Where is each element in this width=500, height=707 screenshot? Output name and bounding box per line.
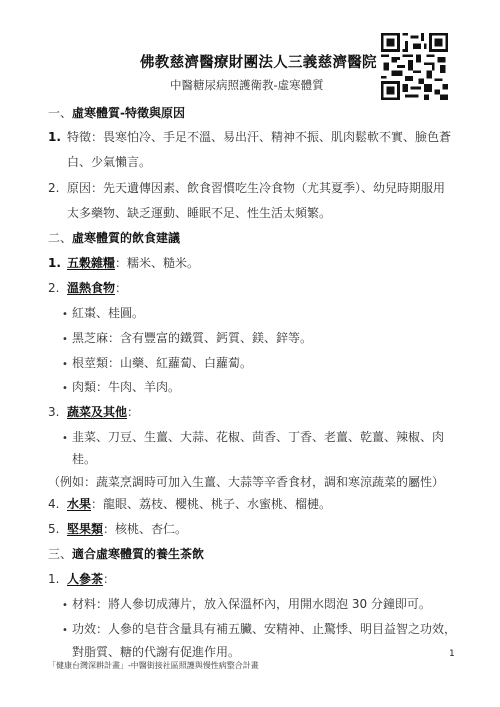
section-heading-2: 二、虛寒體質的飲食建議 xyxy=(48,229,180,246)
bullet-item-continuation: 對脂質、糖的代謝有促進作用。 xyxy=(72,643,240,660)
section-heading-1: 一、虛寒體質-特徵與原因 xyxy=(48,104,185,121)
qr-code-icon xyxy=(381,33,448,100)
bullet-item: •根莖類：山藥、紅蘿蔔、白蘿蔔。 xyxy=(62,354,252,371)
list-item: 3.蔬菜及其他： xyxy=(48,403,139,420)
list-item: 5.堅果類：核桃、杏仁。 xyxy=(48,520,187,537)
footer-text: 「健康台灣深耕計畫」-中醫街接社區照護與慢性病整合計畫 xyxy=(48,660,259,671)
list-item: 1.五穀雜糧：糯米、糙米。 xyxy=(48,254,199,271)
bullet-item: •材料：將人參切成薄片，放入保溫杯內，用開水悶泡 30 分鐘即可。 xyxy=(62,595,431,612)
list-item: 4.水果：龍眼、荔枝、櫻桃、桃子、水蜜桃、榴槤。 xyxy=(48,495,331,512)
list-item: 2.溫熱食物： xyxy=(48,279,127,296)
bullet-item: •韭菜、刀豆、生薑、大蒜、花椒、茴香、丁香、老薑、乾薑、辣椒、肉 xyxy=(62,428,444,445)
hospital-title: 佛教慈濟醫療財團法人三義慈濟醫院 xyxy=(140,51,377,72)
list-item-continuation: 太多藥物、缺乏運動、睡眠不足、性生活太頻繁。 xyxy=(67,204,331,221)
section-heading-3: 三、適合虛寒體質的養生茶飲 xyxy=(48,545,204,562)
list-item: 2.原因：先天遺傳因素、飲食習慣吃生冷食物（尤其夏季）、幼兒時期服用 xyxy=(48,179,445,196)
bullet-item-continuation: 桂。 xyxy=(72,450,96,467)
list-item: 1.特徵：畏寒怕冷、手足不溫、易出汗、精神不振、肌肉鬆軟不實、臉色蒼 xyxy=(48,128,451,145)
note-text: （例如：蔬菜烹調時可加入生薑、大蒜等辛香食材，調和寒涼蔬菜的屬性） xyxy=(48,473,444,490)
bullet-item: •功效：人參的皂苷含量具有補五臟、安精神、止驚悸、明目益智之功效， xyxy=(62,620,456,637)
page-number: 1 xyxy=(449,649,455,659)
list-item: 1.人參茶： xyxy=(48,570,115,587)
bullet-item: •黑芝麻：含有豐富的鐵質、鈣質、鎂、鋅等。 xyxy=(62,329,312,346)
bullet-item: •紅棗、桂圓。 xyxy=(62,304,144,321)
document-subtitle: 中醫糖尿病照護衛教-虛寒體質 xyxy=(170,77,324,93)
list-item-continuation: 白、少氣懶言。 xyxy=(67,153,151,170)
bullet-item: •肉類：牛肉、羊肉。 xyxy=(62,378,180,395)
